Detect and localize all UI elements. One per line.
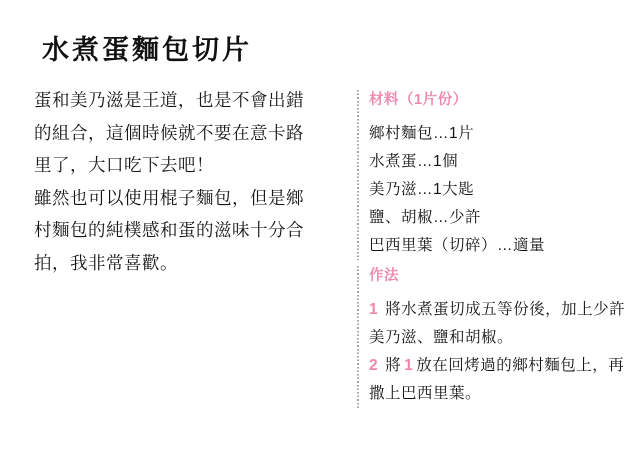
ingredient-item: 巴西里葉（切碎）…適量 (369, 232, 629, 260)
method-steps: 1將水煮蛋切成五等份後，加上少許 美乃滋、鹽和胡椒。 2將1放在回烤過的鄉村麵包… (369, 296, 629, 408)
ingredient-item: 鹽、胡椒…少許 (369, 204, 629, 232)
ingredient-item: 美乃滋…1大匙 (369, 176, 629, 204)
method-step: 1將水煮蛋切成五等份後，加上少許 美乃滋、鹽和胡椒。 (369, 296, 629, 352)
method-heading: 作法 (369, 264, 629, 285)
intro-paragraph: 蛋和美乃滋是王道，也是不會出錯 的組合，這個時候就不要在意卡路 里了，大口吃下去… (34, 84, 346, 279)
method-section: 作法 1將水煮蛋切成五等份後，加上少許 美乃滋、鹽和胡椒。 2將1放在回烤過的鄉… (357, 264, 629, 408)
method-step: 2將1放在回烤過的鄉村麵包上，再 撒上巴西里葉。 (369, 352, 629, 408)
ingredients-heading: 材料（1片份） (369, 88, 629, 109)
ingredients-list: 鄉村麵包…1片 水煮蛋…1個 美乃滋…1大匙 鹽、胡椒…少許 巴西里葉（切碎）…… (369, 120, 629, 260)
step-reference: 1 (404, 357, 413, 374)
ingredient-item: 鄉村麵包…1片 (369, 120, 629, 148)
recipe-page: 水煮蛋麵包切片 蛋和美乃滋是王道，也是不會出錯 的組合，這個時候就不要在意卡路 … (0, 0, 641, 456)
step-number: 1 (369, 301, 378, 318)
ingredient-item: 水煮蛋…1個 (369, 148, 629, 176)
ingredients-section: 材料（1片份） 鄉村麵包…1片 水煮蛋…1個 美乃滋…1大匙 鹽、胡椒…少許 巴… (357, 88, 629, 260)
step-text: 將水煮蛋切成五等份後，加上少許 美乃滋、鹽和胡椒。 (369, 301, 625, 346)
step-number: 2 (369, 357, 378, 374)
page-title: 水煮蛋麵包切片 (42, 28, 252, 67)
section-divider (357, 266, 359, 408)
section-divider (357, 90, 359, 260)
step-text: 將 (385, 357, 401, 374)
